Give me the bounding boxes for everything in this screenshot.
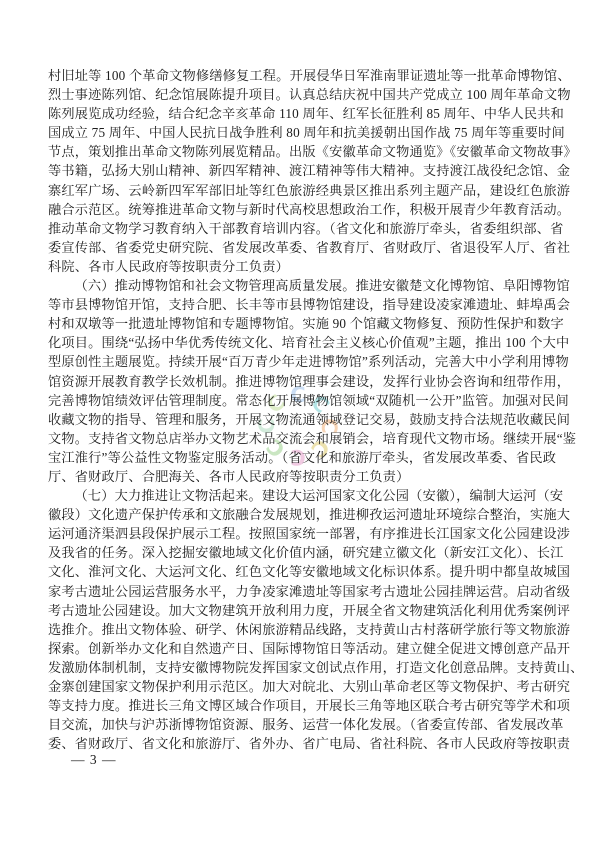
text-line: 运河通济渠泗县段保护展示工程。按照国家统一部署，有序推进长江国家文化公园建设涉 xyxy=(48,524,548,543)
text-line: 宝江淮行”等公益性文物鉴定服务活动。（省文化和旅游厅牵头，省发展改革委、省民政 xyxy=(48,448,548,467)
text-line: 选推介。推出文物体验、研学、休闲旅游精品线路，支持黄山古村落研学旅行等文物旅游 xyxy=(48,620,548,639)
text-line: 考古遗址公园建设。加大文物建筑开放利用力度，开展全省文物建筑活化利用优秀案例评 xyxy=(48,601,548,620)
text-line: 委宣传部、省委党史研究院、省发展改革委、省教育厅、省财政厅、省退役军人厅、省社 xyxy=(48,238,548,257)
text-line: 等支持力度。推进长三角文博区域合作项目，开展长三角等地区联合考古研究等学术和项 xyxy=(48,696,548,715)
page-number: — 3 — xyxy=(71,752,117,768)
text-line: 型原创性主题展览。持续开展“百万青少年走进博物馆”系列活动，完善大中小学利用博物 xyxy=(48,352,548,371)
text-line: 节点，策划推出革命文物陈列展览精品。出版《安徽革命文物通览》《安徽革命文物故事》 xyxy=(48,142,548,161)
text-line: 家考古遗址公园运营服务水平，力争凌家滩遗址等国家考古遗址公园挂牌运营。启动省级 xyxy=(48,582,548,601)
text-line: 厅、省财政厅、合肥海关、各市人民政府等按职责分工负责） xyxy=(48,467,548,486)
text-line: 发激励体制机制，支持安徽博物院发挥国家文创试点作用，打造文化创意品牌。支持黄山、 xyxy=(48,658,548,677)
text-line: 融合示范区。统筹推进革命文物与新时代高校思想政治工作，积极开展青少年教育活动。 xyxy=(48,200,548,219)
text-line: 等书籍，弘扬大别山精神、新四军精神、渡江精神等伟大精神。支持渡江战役纪念馆、金 xyxy=(48,161,548,180)
document-page: CCCCCCCC 村旧址等 100 个革命文物修缮修复工程。开展侵华日军淮南罪证… xyxy=(0,0,595,841)
text-line: 寨红军广场、云岭新四军军部旧址等红色旅游经典景区推出系列主题产品，建设红色旅游 xyxy=(48,181,548,200)
text-line: 科院、各市人民政府等按职责分工负责） xyxy=(48,257,548,276)
text-line: 陈列展览成功经验，结合纪念辛亥革命 110 周年、红军长征胜利 85 周年、中华… xyxy=(48,104,548,123)
text-line: 文化、淮河文化、大运河文化、红色文化等安徽地域文化标识体系。提升明中都皇故城国 xyxy=(48,562,548,581)
text-line: 村旧址等 100 个革命文物修缮修复工程。开展侵华日军淮南罪证遗址等一批革命博物… xyxy=(48,66,548,85)
text-line: 等市县博物馆开馆，支持合肥、长丰等市县博物馆建设，指导建设凌家滩遗址、蚌埠禹会 xyxy=(48,295,548,314)
text-line: 化项目。围绕“弘扬中华优秀传统文化、培育社会主义核心价值观”主题，推出 100 … xyxy=(48,333,548,352)
text-line: 村和双墩等一批遗址博物馆和专题博物馆。实施 90 个馆藏文物修复、预防性保护和数… xyxy=(48,314,548,333)
text-line: 委、省财政厅、省文化和旅游厅、省外办、省广电局、省社科院、各市人民政府等按职责 xyxy=(48,734,548,753)
text-line: 文物。支持省文物总店举办文物艺术品交流会和展销会，培育现代文物市场。继续开展“鉴 xyxy=(48,429,548,448)
text-line: 徽段）文化遗产保护传承和文旅融合发展规划，推进柳孜运河遗址环境综合整治，实施大 xyxy=(48,505,548,524)
text-line: 金寨创建国家文物保护利用示范区。加大对皖北、大别山革命老区等文物保护、考古研究 xyxy=(48,677,548,696)
document-body: 村旧址等 100 个革命文物修缮修复工程。开展侵华日军淮南罪证遗址等一批革命博物… xyxy=(48,66,548,753)
text-line: （七）大力推进让文物活起来。建设大运河国家文化公园（安徽），编制大运河（安 xyxy=(48,486,548,505)
text-line: （六）推动博物馆和社会文物管理高质量发展。推进安徽楚文化博物馆、阜阳博物馆 xyxy=(48,276,548,295)
text-line: 完善博物馆绩效评估管理制度。常态化开展博物馆领域“双随机一公开”监管。加强对民间 xyxy=(48,391,548,410)
text-line: 目交流，加快与沪苏浙博物馆资源、服务、运营一体化发展。（省委宣传部、省发展改革 xyxy=(48,715,548,734)
text-line: 探索。创新举办文化和自然遗产日、国际博物馆日等活动。建立健全促进文博创意产品开 xyxy=(48,639,548,658)
text-line: 收藏文物的指导、管理和服务，开展文物流通领域登记交易，鼓励支持合法规范收藏民间 xyxy=(48,410,548,429)
text-line: 烈士事迹陈列馆、纪念馆展陈提升项目。认真总结庆祝中国共产党成立 100 周年革命… xyxy=(48,85,548,104)
text-line: 国成立 75 周年、中国人民抗日战争胜利 80 周年和抗美援朝出国作战 75 周… xyxy=(48,123,548,142)
text-line: 推动革命文物学习教育纳入干部教育培训内容。（省文化和旅游厅牵头，省委组织部、省 xyxy=(48,219,548,238)
text-line: 馆资源开展教育教学长效机制。推进博物馆理事会建设，发挥行业协会咨询和纽带作用， xyxy=(48,372,548,391)
text-line: 及我省的任务。深入挖掘安徽地域文化价值内涵，研究建立徽文化（新安江文化）、长江 xyxy=(48,543,548,562)
